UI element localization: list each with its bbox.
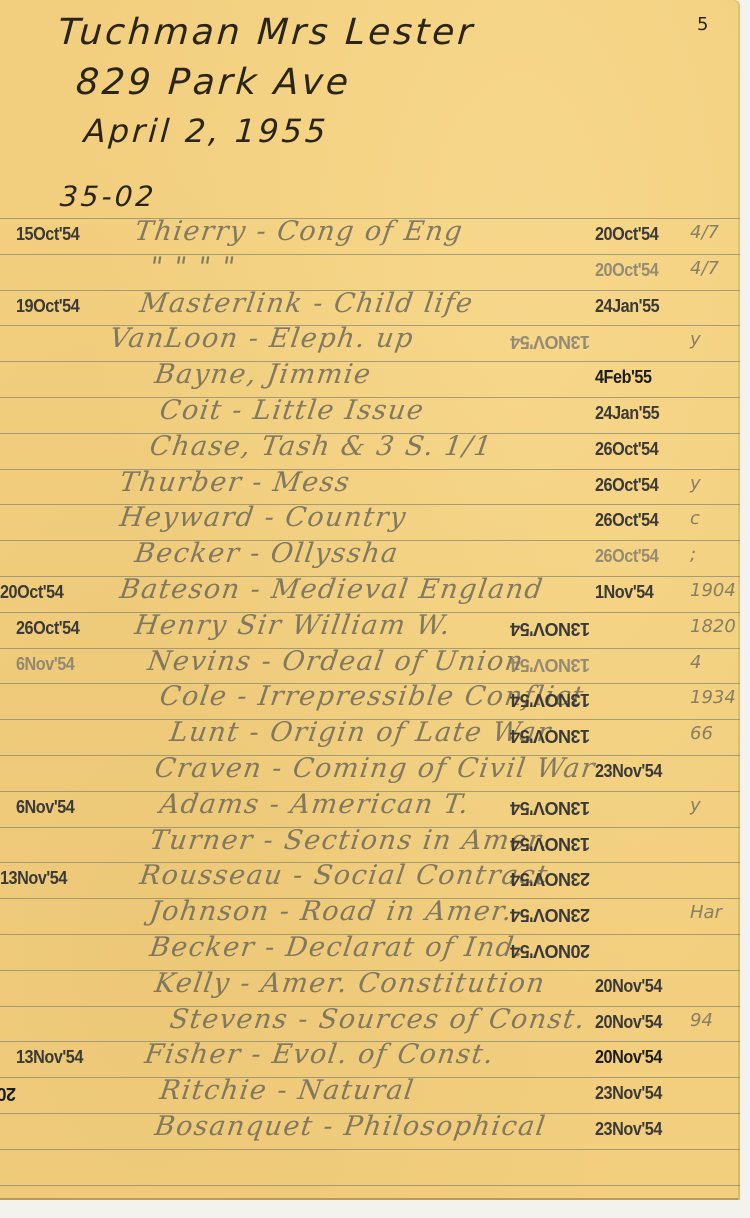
return-date-stamp: 13NOV'54 [511, 689, 590, 710]
ruled-line [0, 254, 740, 255]
return-date-stamp: 26Oct'54 [595, 439, 658, 460]
margin-note: y [690, 473, 701, 494]
return-date-stamp: 4Feb'55 [595, 367, 652, 388]
book-title: Lunt - Origin of Late War [168, 717, 554, 748]
book-title: Johnson - Road in Amer. [148, 896, 515, 927]
book-title: Kelly - Amer. Constitution [153, 968, 548, 999]
card-date: April 2, 1955 [83, 112, 330, 150]
margin-note: Har [690, 902, 722, 923]
checkout-date-stamp: 19Oct'54 [16, 296, 79, 317]
return-date-stamp: 23NOV'54 [511, 868, 590, 889]
book-title: Bayne, Jimmie [153, 359, 374, 390]
book-title: Henry Sir William W. [133, 610, 453, 641]
margin-note: ; [690, 544, 696, 565]
return-date-stamp: 26Oct'54 [595, 546, 658, 567]
checkout-date-stamp: 20NOV'54 [0, 1083, 16, 1104]
book-title: Becker - Declarat of Ind. [148, 932, 527, 963]
return-date-stamp: 13NOV'54 [511, 654, 590, 675]
book-title: Chase, Tash & 3 S. 1/1 [148, 431, 495, 462]
borrower-address: 829 Park Ave [75, 62, 353, 103]
return-date-stamp: 26Oct'54 [595, 510, 658, 531]
book-title: Rousseau - Social Contract [138, 860, 551, 891]
return-date-stamp: 24Jan'55 [595, 296, 659, 317]
checkout-date-stamp: 6Nov'54 [16, 654, 74, 675]
ruled-line [0, 1185, 740, 1186]
margin-note: 94 [690, 1010, 713, 1031]
checkout-date-stamp: 20Oct'54 [0, 582, 63, 603]
book-title: Ritchie - Natural [158, 1075, 417, 1106]
book-title: Adams - American T. [158, 789, 472, 820]
return-date-stamp: 13NOV'54 [511, 331, 590, 352]
return-date-stamp: 20NOV'54 [511, 940, 590, 961]
book-title: " " " " [148, 252, 238, 283]
book-title: Turner - Sections in Amer. [148, 825, 552, 856]
margin-note: 4 [690, 652, 701, 673]
return-date-stamp: 24Jan'55 [595, 403, 659, 424]
book-title: Fisher - Evol. of Const. [143, 1039, 497, 1070]
book-title: Nevins - Ordeal of Union [146, 646, 526, 677]
book-title: Stevens - Sources of Const. [168, 1004, 588, 1035]
checkout-date-stamp: 6Nov'54 [16, 797, 74, 818]
library-card: Tuchman Mrs Lester 829 Park Ave April 2,… [0, 0, 740, 1200]
book-title: Bosanquet - Philosophical [153, 1111, 548, 1142]
ruled-line [0, 469, 740, 470]
return-date-stamp: 20Nov'54 [595, 1012, 662, 1033]
return-date-stamp: 23Nov'54 [595, 761, 662, 782]
margin-note: 1820 [690, 616, 736, 637]
margin-note: 1904 [690, 580, 736, 601]
margin-note: 4/7 [690, 258, 719, 279]
book-title: Masterlink - Child life [138, 288, 476, 319]
book-title: Thurber - Mess [118, 467, 353, 498]
book-title: Heyward - Country [118, 502, 409, 533]
return-date-stamp: 13NOV'54 [511, 725, 590, 746]
margin-note: 4/7 [690, 222, 719, 243]
ruled-line [0, 1149, 740, 1150]
book-title: Thierry - Cong of Eng [133, 216, 466, 247]
book-title: Craven - Coming of Civil War [153, 753, 598, 784]
margin-note: c [690, 508, 700, 529]
return-date-stamp: 23NOV'54 [511, 904, 590, 925]
checkout-date-stamp: 15Oct'54 [16, 224, 79, 245]
checkout-date-stamp: 26Oct'54 [16, 618, 79, 639]
return-date-stamp: 1Nov'54 [595, 582, 653, 603]
margin-note: 66 [690, 723, 713, 744]
borrower-name: Tuchman Mrs Lester [57, 12, 477, 53]
return-date-stamp: 23Nov'54 [595, 1083, 662, 1104]
return-date-stamp: 23Nov'54 [595, 1119, 662, 1140]
return-date-stamp: 13NOV'54 [511, 618, 590, 639]
checkout-date-stamp: 13Nov'54 [16, 1047, 83, 1068]
card-number: 35-02 [59, 180, 158, 213]
book-title: VanLoon - Eleph. up [108, 323, 416, 354]
book-title: Becker - Ollyssha [133, 538, 401, 569]
margin-note: y [690, 795, 701, 816]
return-date-stamp: 20Oct'54 [595, 260, 658, 281]
margin-note: 1934 [690, 687, 736, 708]
book-title: Bateson - Medieval England [118, 574, 546, 605]
return-date-stamp: 20Nov'54 [595, 976, 662, 997]
return-date-stamp: 20Nov'54 [595, 1047, 662, 1068]
return-date-stamp: 20Oct'54 [595, 224, 658, 245]
return-date-stamp: 26Oct'54 [595, 475, 658, 496]
return-date-stamp: 13NOV'54 [511, 833, 590, 854]
book-title: Coit - Little Issue [158, 395, 427, 426]
return-date-stamp: 13NOV'54 [511, 797, 590, 818]
checkout-date-stamp: 13Nov'54 [0, 868, 67, 889]
corner-mark: 5 [697, 14, 708, 35]
margin-note: y [690, 329, 701, 350]
